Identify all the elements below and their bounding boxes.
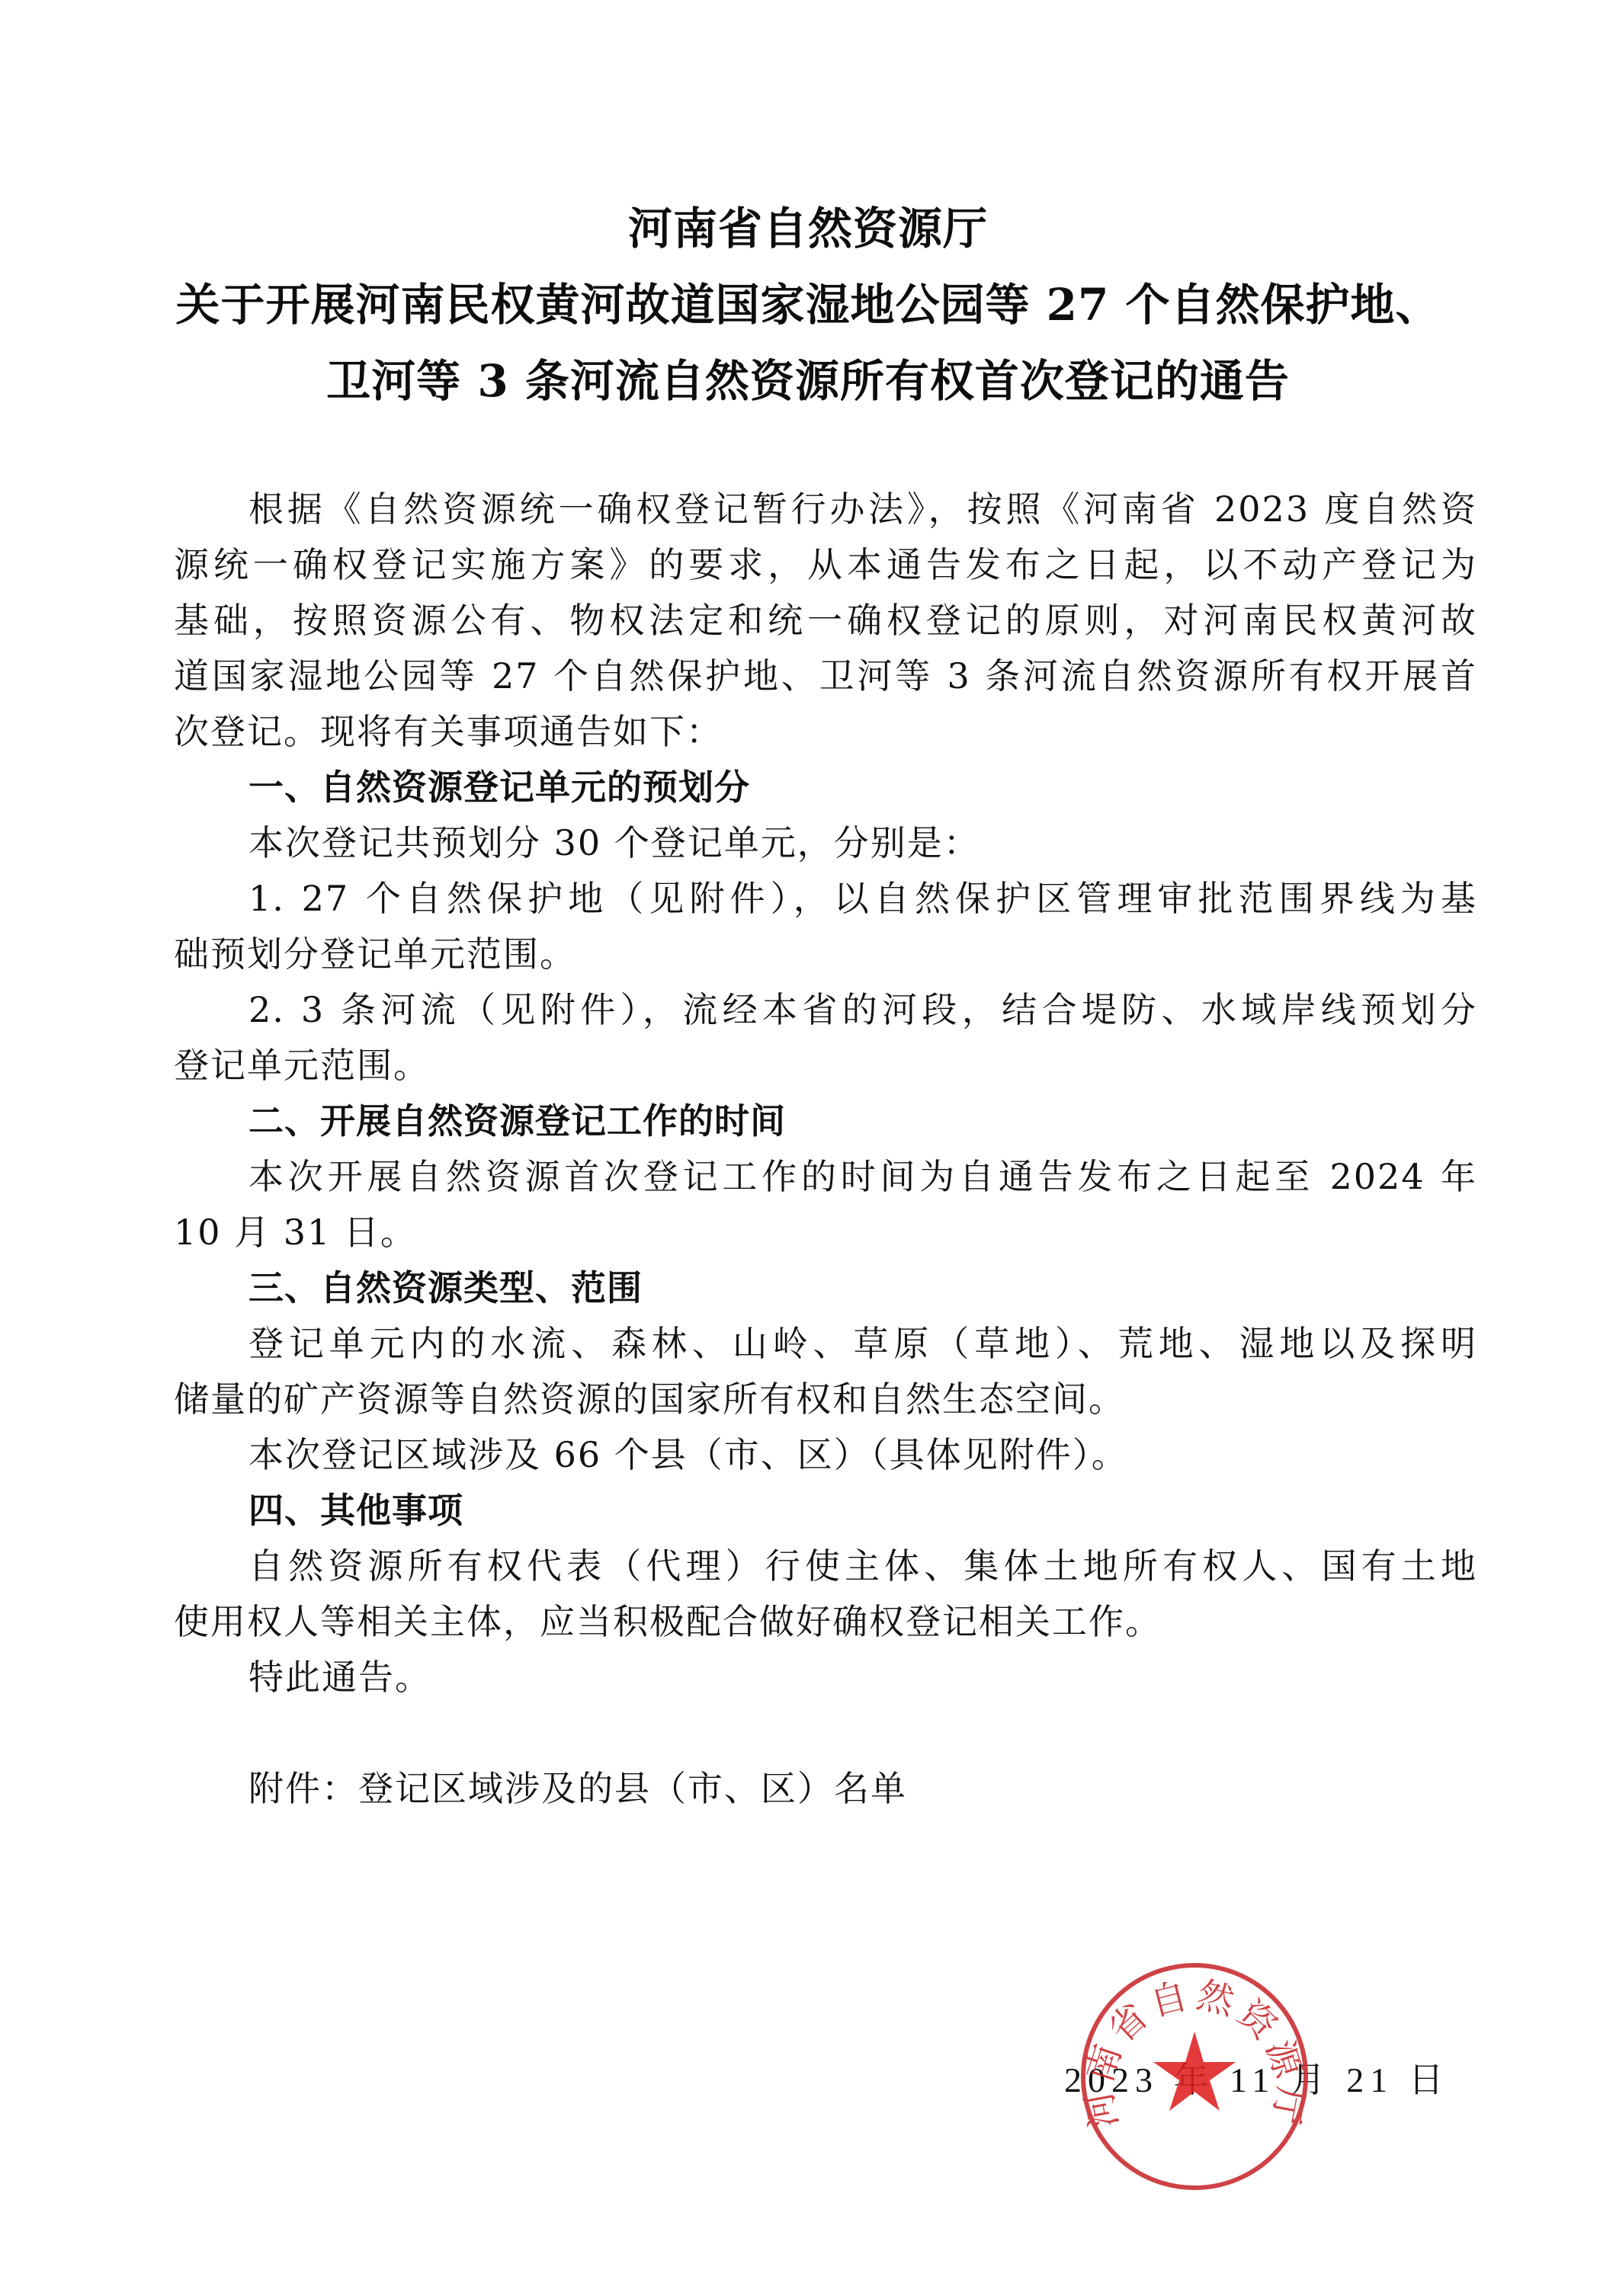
closing-line: 特此通告。: [174, 1650, 1477, 1705]
body-line: 储量的矿产资源等自然资源的国家所有权和自然生态空间。: [174, 1372, 1477, 1427]
body-line: 本次开展自然资源首次登记工作的时间为自通告发布之日起至 2024 年: [174, 1149, 1477, 1205]
title-line-2: 关于开展河南民权黄河故道国家湿地公园等 27 个自然保护地、: [0, 267, 1616, 343]
section-heading-3: 三、自然资源类型、范围: [174, 1260, 1477, 1316]
section-heading-2: 二、开展自然资源登记工作的时间: [174, 1094, 1477, 1149]
spacer: [174, 1705, 1477, 1761]
body-line: 10 月 31 日。: [174, 1205, 1477, 1260]
body-line: 基础，按照资源公有、物权法定和统一确权登记的原则，对河南民权黄河故: [174, 593, 1477, 648]
body-line: 本次登记区域涉及 66 个县（市、区）（具体见附件）。: [174, 1427, 1477, 1483]
title-line-3: 卫河等 3 条河流自然资源所有权首次登记的通告: [0, 343, 1616, 419]
body-line: 登记单元内的水流、森林、山岭、草原（草地）、荒地、湿地以及探明: [174, 1316, 1477, 1372]
body-line: 2. 3 条河流（见附件），流经本省的河段，结合堤防、水域岸线预划分: [174, 982, 1477, 1038]
section-heading-1: 一、自然资源登记单元的预划分: [174, 760, 1477, 815]
body-line: 自然资源所有权代表（代理）行使主体、集体土地所有权人、国有土地: [174, 1539, 1477, 1594]
body-line: 本次登记共预划分 30 个登记单元，分别是：: [174, 815, 1477, 871]
body-line: 源统一确权登记实施方案》的要求，从本通告发布之日起，以不动产登记为: [174, 537, 1477, 593]
body-line: 登记单元范围。: [174, 1038, 1477, 1094]
body-line: 础预划分登记单元范围。: [174, 927, 1477, 982]
official-seal-icon: 河南省自然资源厅: [1076, 1958, 1313, 2195]
title-issuer: 河南省自然资源厅: [0, 191, 1616, 267]
body-line: 次登记。现将有关事项通告如下：: [174, 704, 1477, 760]
document-body: 根据《自然资源统一确权登记暂行办法》，按照《河南省 2023 度自然资 源统一确…: [174, 482, 1477, 1817]
document-title: 河南省自然资源厅 关于开展河南民权黄河故道国家湿地公园等 27 个自然保护地、 …: [0, 191, 1616, 419]
section-heading-4: 四、其他事项: [174, 1483, 1477, 1539]
star-icon: [1153, 2032, 1236, 2111]
attachment-line: 附件：登记区域涉及的县（市、区）名单: [174, 1761, 1477, 1817]
body-line: 道国家湿地公园等 27 个自然保护地、卫河等 3 条河流自然资源所有权开展首: [174, 648, 1477, 704]
document-page: 河南省自然资源厅 关于开展河南民权黄河故道国家湿地公园等 27 个自然保护地、 …: [0, 0, 1616, 2296]
body-line: 根据《自然资源统一确权登记暂行办法》，按照《河南省 2023 度自然资: [174, 482, 1477, 537]
body-line: 1. 27 个自然保护地（见附件），以自然保护区管理审批范围界线为基: [174, 871, 1477, 927]
body-line: 使用权人等相关主体，应当积极配合做好确权登记相关工作。: [174, 1594, 1477, 1650]
